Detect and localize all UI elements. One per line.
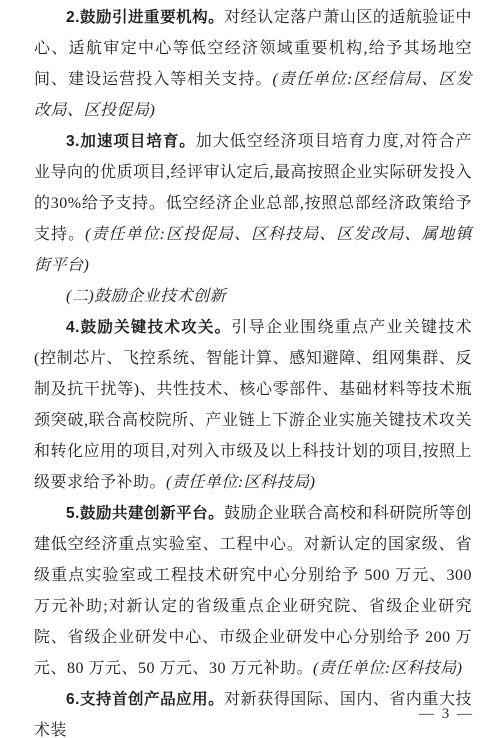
policy-item-2-title: 2.鼓励引进重要机构。 <box>66 9 224 26</box>
policy-item-4-responsibility-unit: (责任单位:区科技局) <box>166 474 316 491</box>
policy-item-5-responsibility-unit: (责任单位:区科技局) <box>313 660 463 677</box>
policy-item-6-title: 6.支持首创产品应用。 <box>66 691 224 708</box>
policy-item-5-title: 5.鼓励共建创新平台。 <box>66 505 224 522</box>
policy-item-4-title: 4.鼓励关键技术攻关。 <box>66 319 231 336</box>
policy-item-5: 5.鼓励共建创新平台。鼓励企业联合高校和科研院所等创建低空经济重点实验室、工程中… <box>34 498 472 684</box>
policy-item-5-body: 鼓励企业联合高校和科研院所等创建低空经济重点实验室、工程中心。对新认定的国家级、… <box>34 505 472 677</box>
policy-item-4-body: 引导企业围绕重点产业关键技术(控制芯片、飞控系统、智能计算、感知避障、组网集群、… <box>34 319 472 491</box>
policy-item-3: 3.加速项目培育。加大低空经济项目培育力度,对符合产业导向的优质项目,经评审认定… <box>34 126 472 281</box>
policy-item-3-title: 3.加速项目培育。 <box>66 133 196 150</box>
policy-item-6: 6.支持首创产品应用。对新获得国际、国内、省内重大技术装 <box>34 684 472 738</box>
page-number: — 3 — <box>419 699 474 730</box>
policy-item-2: 2.鼓励引进重要机构。对经认定落户萧山区的适航验证中心、适航审定中心等低空经济领… <box>34 2 472 126</box>
section-heading-2: (二)鼓励企业技术创新 <box>34 281 472 312</box>
document-page: 2.鼓励引进重要机构。对经认定落户萧山区的适航验证中心、适航审定中心等低空经济领… <box>0 0 500 738</box>
policy-item-4: 4.鼓励关键技术攻关。引导企业围绕重点产业关键技术(控制芯片、飞控系统、智能计算… <box>34 312 472 498</box>
policy-item-3-responsibility-unit: (责任单位:区投促局、区科技局、区发改局、属地镇街平台) <box>34 226 472 274</box>
